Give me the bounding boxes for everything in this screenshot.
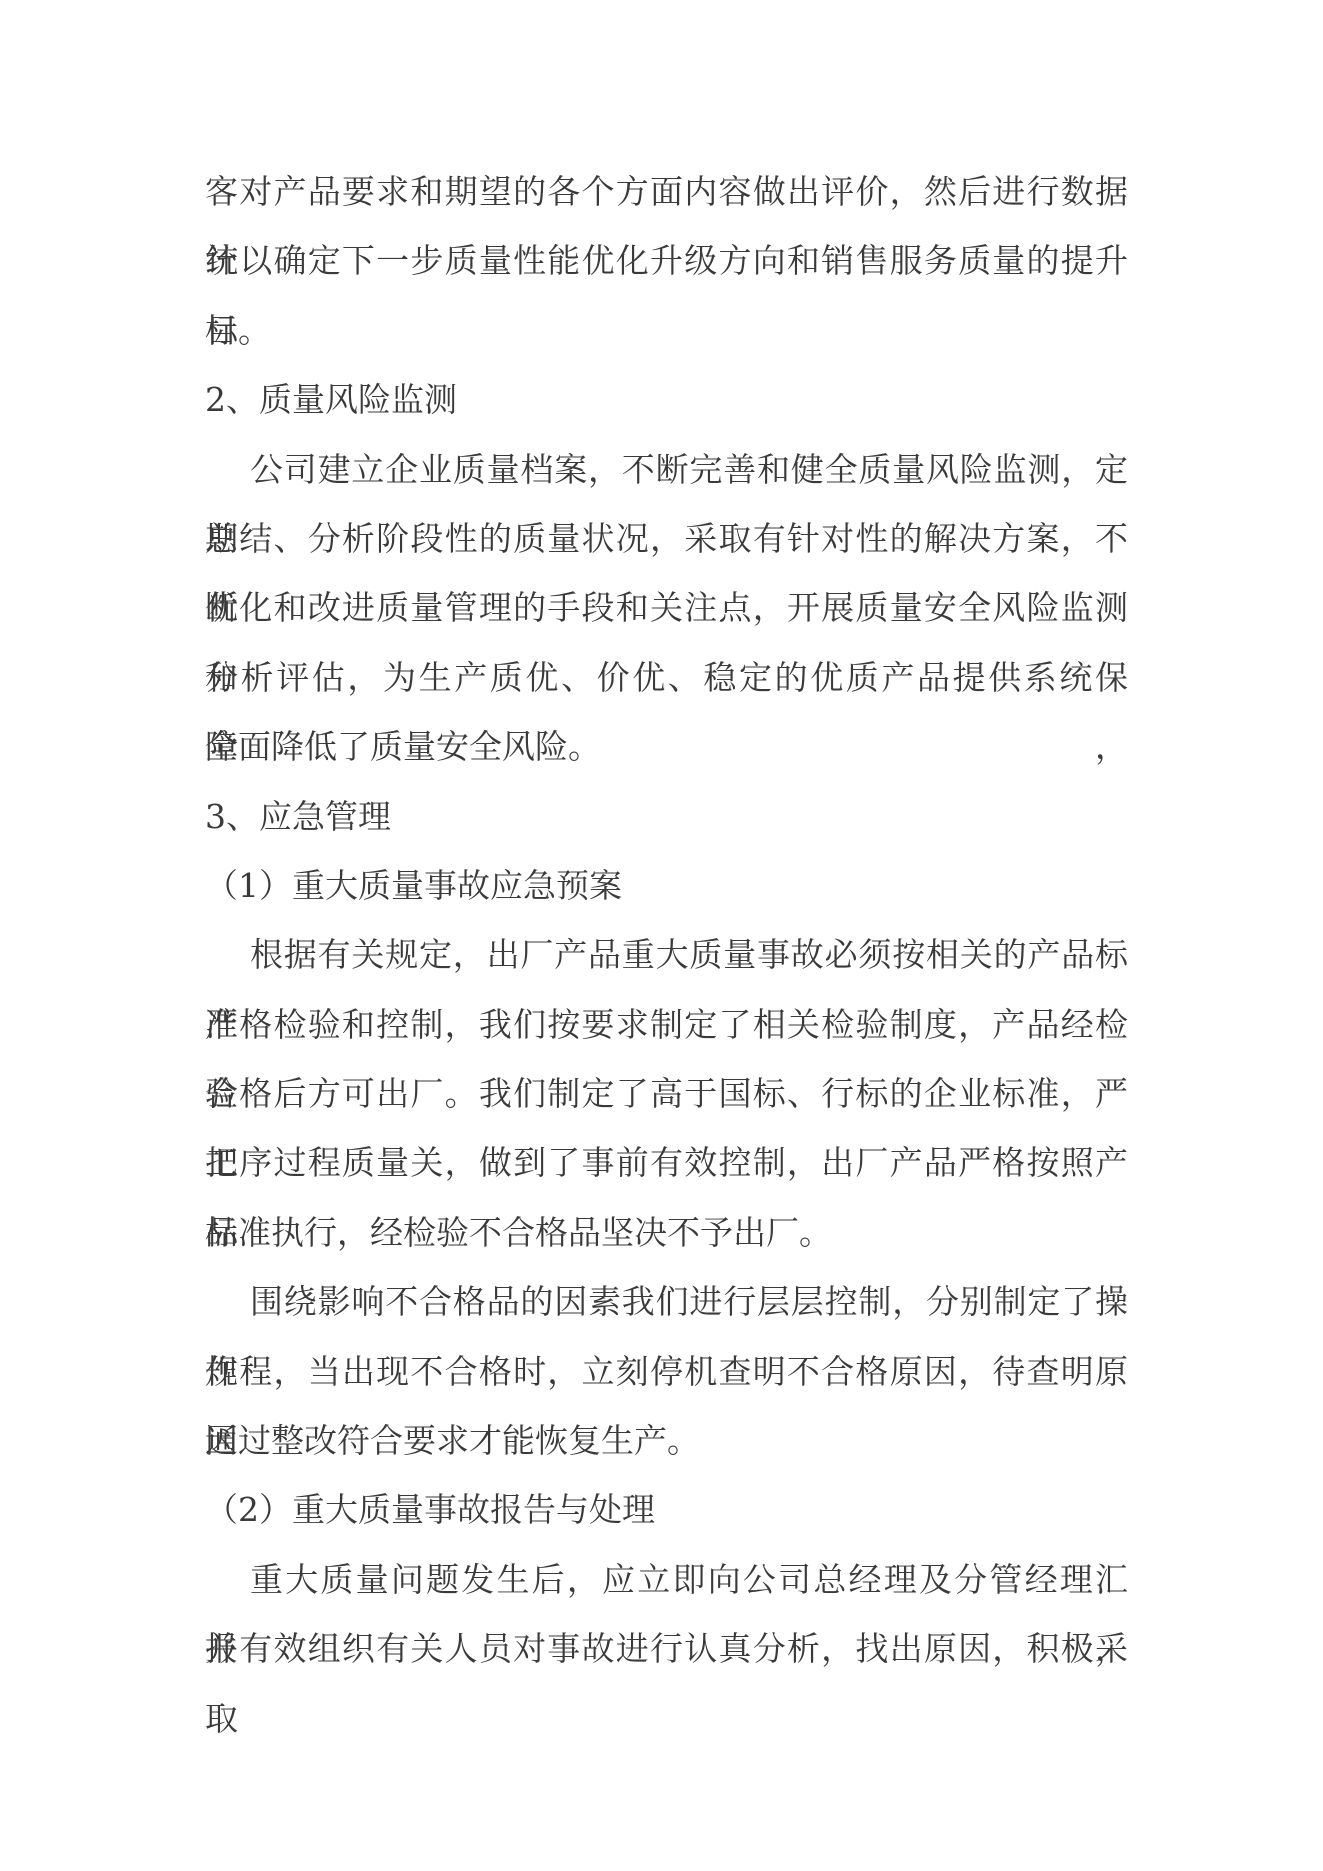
heading-line: （2）重大质量事故报告与处理 bbox=[205, 1475, 1128, 1544]
text-line: 计以确定下一步质量性能优化升级方向和销售服务质量的提升目 bbox=[205, 226, 1128, 295]
text-line: 工序过程质量关，做到了事前有效控制，出厂产品严格按照产品 bbox=[205, 1128, 1128, 1197]
section-heading: 2、质量风险监测 bbox=[205, 365, 1128, 434]
paragraph: 客对产品要求和期望的各个方面内容做出评价，然后进行数据统 计以确定下一步质量性能… bbox=[205, 157, 1128, 365]
text-line: 分析评估，为生产质优、价优、稳定的优质产品提供系统保障， bbox=[205, 643, 1128, 712]
text-line: 公司建立企业质量档案，不断完善和健全质量风险监测，定期 bbox=[205, 435, 1128, 504]
text-line: 客对产品要求和期望的各个方面内容做出评价，然后进行数据统 bbox=[205, 157, 1128, 226]
heading-line: 3、应急管理 bbox=[205, 782, 1128, 851]
sub-heading: （2）重大质量事故报告与处理 bbox=[205, 1475, 1128, 1544]
text-line: 通过整改符合要求才能恢复生产。 bbox=[205, 1406, 1128, 1475]
text-line: 根据有关规定，出厂产品重大质量事故必须按相关的产品标准 bbox=[205, 920, 1128, 989]
text-line: 合格后方可出厂。我们制定了高于国标、行标的企业标准，严把 bbox=[205, 1059, 1128, 1128]
heading-line: 2、质量风险监测 bbox=[205, 365, 1128, 434]
text-line: 重大质量问题发生后，应立即向公司总经理及分管经理汇报， bbox=[205, 1545, 1128, 1614]
section-heading: 3、应急管理 bbox=[205, 782, 1128, 851]
text-line: 严格检验和控制，我们按要求制定了相关检验制度，产品经检验 bbox=[205, 990, 1128, 1059]
sub-heading: （1）重大质量事故应急预案 bbox=[205, 851, 1128, 920]
text-line: 规程，当出现不合格时，立刻停机查明不合格原因，待查明原因 bbox=[205, 1337, 1128, 1406]
text-line: 标。 bbox=[205, 296, 1128, 365]
text-line: 总结、分析阶段性的质量状况，采取有针对性的解决方案，不断 bbox=[205, 504, 1128, 573]
heading-line: （1）重大质量事故应急预案 bbox=[205, 851, 1128, 920]
paragraph: 公司建立企业质量档案，不断完善和健全质量风险监测，定期 总结、分析阶段性的质量状… bbox=[205, 435, 1128, 782]
text-line: 围绕影响不合格品的因素我们进行层层控制，分别制定了操作 bbox=[205, 1267, 1128, 1336]
text-line: 优化和改进质量管理的手段和关注点，开展质量安全风险监测和 bbox=[205, 573, 1128, 642]
text-line: 并有效组织有关人员对事故进行认真分析，找出原因，积极采取 bbox=[205, 1614, 1128, 1683]
document-page: 客对产品要求和期望的各个方面内容做出评价，然后进行数据统 计以确定下一步质量性能… bbox=[0, 0, 1323, 1871]
paragraph: 根据有关规定，出厂产品重大质量事故必须按相关的产品标准 严格检验和控制，我们按要… bbox=[205, 920, 1128, 1267]
paragraph: 围绕影响不合格品的因素我们进行层层控制，分别制定了操作 规程，当出现不合格时，立… bbox=[205, 1267, 1128, 1475]
paragraph: 重大质量问题发生后，应立即向公司总经理及分管经理汇报， 并有效组织有关人员对事故… bbox=[205, 1545, 1128, 1684]
text-block: 客对产品要求和期望的各个方面内容做出评价，然后进行数据统 计以确定下一步质量性能… bbox=[205, 157, 1128, 1684]
text-line: 标准执行，经检验不合格品坚决不予出厂。 bbox=[205, 1198, 1128, 1267]
